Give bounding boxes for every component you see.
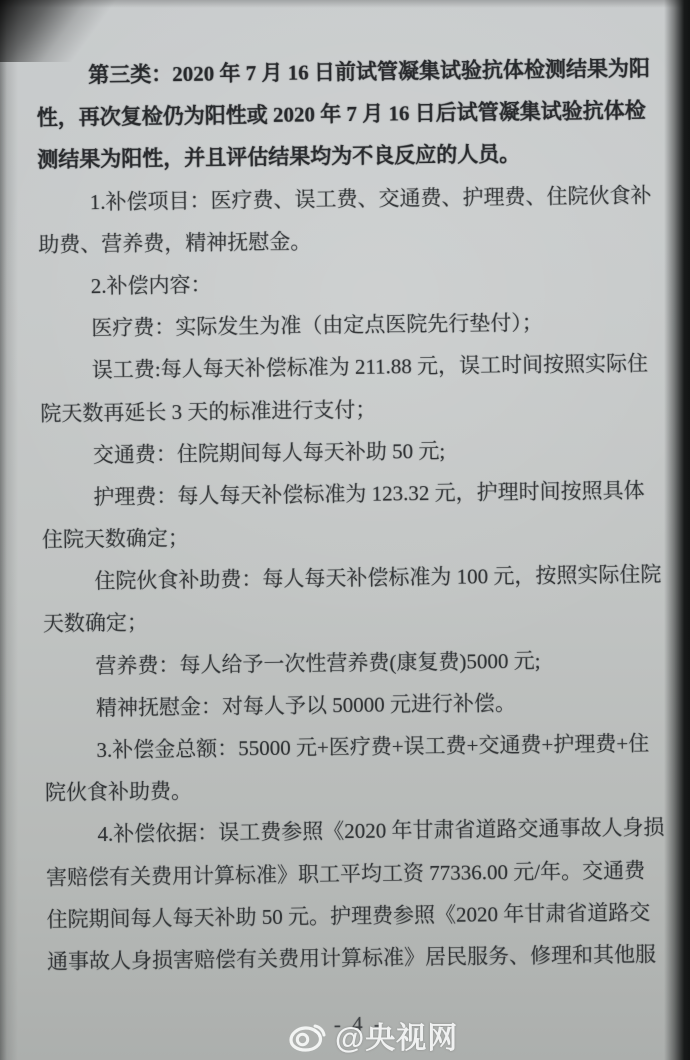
weibo-icon — [288, 1017, 328, 1053]
document-body: 第三类：2020 年 7 月 16 日前试管凝集试验抗体检测结果为阳性，再次复检… — [36, 47, 664, 1044]
photographed-document-page: 第三类：2020 年 7 月 16 日前试管凝集试验抗体检测结果为阳性，再次复检… — [0, 0, 690, 1060]
text-line: 害赔偿有关费用计算标准》职工平均工资 77336.00 元/年。交通费 — [46, 849, 662, 899]
text-line: 4.补偿依据：误工费参照《2020 年甘肃省道路交通事故人身损 — [45, 807, 661, 857]
text-line: 交通费：住院期间每人每天补助 50 元; — [41, 427, 657, 477]
text-line: 测结果为阳性，并且评估结果均为不良反应的人员。 — [37, 132, 653, 182]
photo-right-edge-shadow — [664, 0, 690, 1060]
text-line: 院天数再延长 3 天的标准进行支付； — [40, 385, 656, 435]
photo-corner-shadow — [0, 0, 150, 62]
text-line: 1.补偿项目：医疗费、误工费、交通费、护理费、住院伙食补 — [38, 174, 654, 224]
text-line: 天数确定； — [43, 596, 659, 646]
text-line: 通事故人身损害赔偿有关费用计算标准》居民服务、修理和其他服 — [47, 933, 663, 983]
text-line: 助费、营养费，精神抚慰金。 — [38, 216, 654, 266]
text-line: 医疗费：实际发生为准（由定点医院先行垫付）； — [39, 300, 655, 350]
text-line: 院伙食补助费。 — [45, 764, 661, 814]
text-line: 住院天数确定； — [42, 511, 658, 561]
watermark: @央视网 — [288, 1012, 458, 1058]
text-line: 精神抚慰金：对每人予以 50000 元进行补偿。 — [44, 680, 660, 730]
text-line: 住院期间每人每天补助 50 元。护理费参照《2020 年甘肃省道路交 — [46, 891, 662, 941]
text-line: 护理费：每人每天补偿标准为 123.32 元，护理时间按照具体 — [41, 469, 657, 519]
text-line: 2.补偿内容： — [39, 258, 655, 308]
text-line: 营养费：每人给予一次性营养费(康复费)5000 元; — [43, 638, 659, 688]
text-line: 性，再次复检仍为阳性或 2020 年 7 月 16 日后试管凝集试验抗体检 — [36, 89, 652, 139]
text-line: 误工费:每人每天补偿标准为 211.88 元，误工时间按照实际住 — [40, 343, 656, 393]
watermark-text: @央视网 — [335, 1013, 458, 1057]
photo-left-edge-shadow — [0, 0, 18, 1060]
text-line: 住院伙食补助费：每人每天补偿标准为 100 元，按照实际住院 — [42, 553, 658, 603]
text-line: 3.补偿金总额：55000 元+医疗费+误工费+交通费+护理费+住 — [44, 722, 660, 772]
text-lines: 第三类：2020 年 7 月 16 日前试管凝集试验抗体检测结果为阳性，再次复检… — [36, 47, 663, 983]
